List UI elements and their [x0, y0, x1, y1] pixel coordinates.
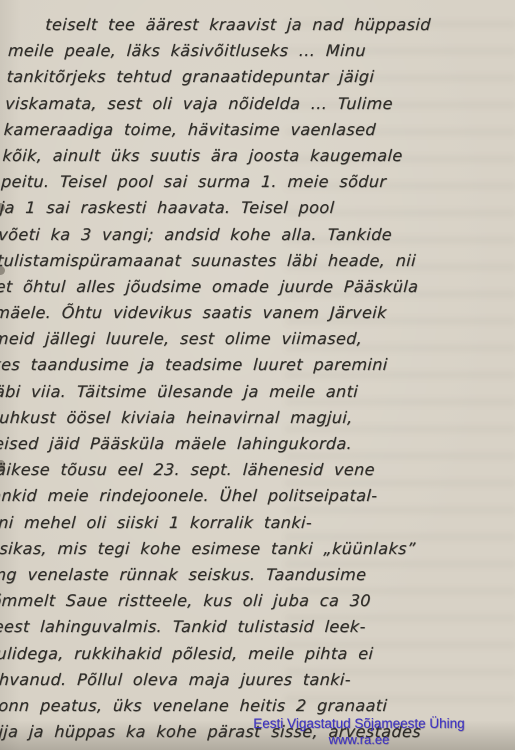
manuscript-line: Päikese tõusu eel 23. sept. lähenesid ve…	[0, 457, 483, 483]
manuscript-line: ning venelaste rünnak seiskus. Taandusim…	[0, 562, 477, 588]
manuscript-line: tankid meie rindejoonele. Ühel politseip…	[0, 483, 481, 509]
manuscript-line: kes taandusime ja teadsime luuret paremi…	[0, 352, 488, 378]
manuscript-line: ja 1 sai raskesti haavata. Teisel pool	[0, 195, 496, 221]
manuscript-line: puhkust öösel kiviaia heinavirnal magjui…	[0, 405, 485, 431]
manuscript-line: meile peale, läks käsivõitluseks ... Min…	[7, 38, 504, 64]
manuscript-line: meest lahinguvalmis. Tankid tulistasid l…	[0, 614, 474, 640]
manuscript-line: mäele. Õhtu videvikus saatis vanem Järve…	[0, 300, 491, 326]
manuscript-line: peitu. Teisel pool sai surma 1. meie sõd…	[0, 169, 497, 195]
manuscript-line: kõik, ainult üks suutis ära joosta kauge…	[2, 143, 499, 169]
manuscript-line: võeti ka 3 vangi; andsid kohe alla. Tank…	[0, 222, 495, 248]
watermark-url: www.ra.ee	[209, 732, 509, 748]
manuscript-line: meid jällegi luurele, sest olime viimase…	[0, 326, 490, 352]
manuscript-line: teised jäid Pääsküla mäele lahingukorda.	[0, 431, 484, 457]
manuscript-line: rusikas, mis tegi kohe esimese tanki „kü…	[0, 536, 479, 562]
manuscript-line: Nõmmelt Saue ristteele, kus oli juba ca …	[0, 588, 476, 614]
manuscript-line: tankitõrjeks tehtud granaatidepuntar jäi…	[6, 64, 503, 90]
manuscript-text: teiselt tee äärest kraavist ja nad hüppa…	[0, 12, 506, 745]
archive-watermark: Eesti Vigastatud Sõjameeste Ühing www.ra…	[209, 716, 509, 748]
manuscript-line: viskamata, sest oli vaja nõidelda ... Tu…	[5, 91, 502, 117]
manuscript-line: tulistamispüramaanat suunastes läbi head…	[0, 248, 494, 274]
manuscript-line: et õhtul alles jõudsime omade juurde Pää…	[0, 274, 492, 300]
watermark-organization: Eesti Vigastatud Sõjameeste Ühing	[209, 716, 509, 732]
manuscript-line: trehvanud. Põllul oleva maja juures tank…	[0, 667, 472, 693]
manuscript-line: teiselt tee äärest kraavist ja nad hüppa…	[9, 12, 506, 38]
manuscript-line: läbi viia. Täitsime ülesande ja meile an…	[0, 379, 487, 405]
manuscript-line: kameraadiga toime, hävitasime vaenlased	[3, 117, 500, 143]
manuscript-page: teiselt tee äärest kraavist ja nad hüppa…	[0, 0, 515, 750]
manuscript-line: joni mehel oli siiski 1 korralik tanki-	[0, 510, 480, 536]
manuscript-line: kuulidega, rukkihakid põlesid, meile pih…	[0, 641, 473, 667]
